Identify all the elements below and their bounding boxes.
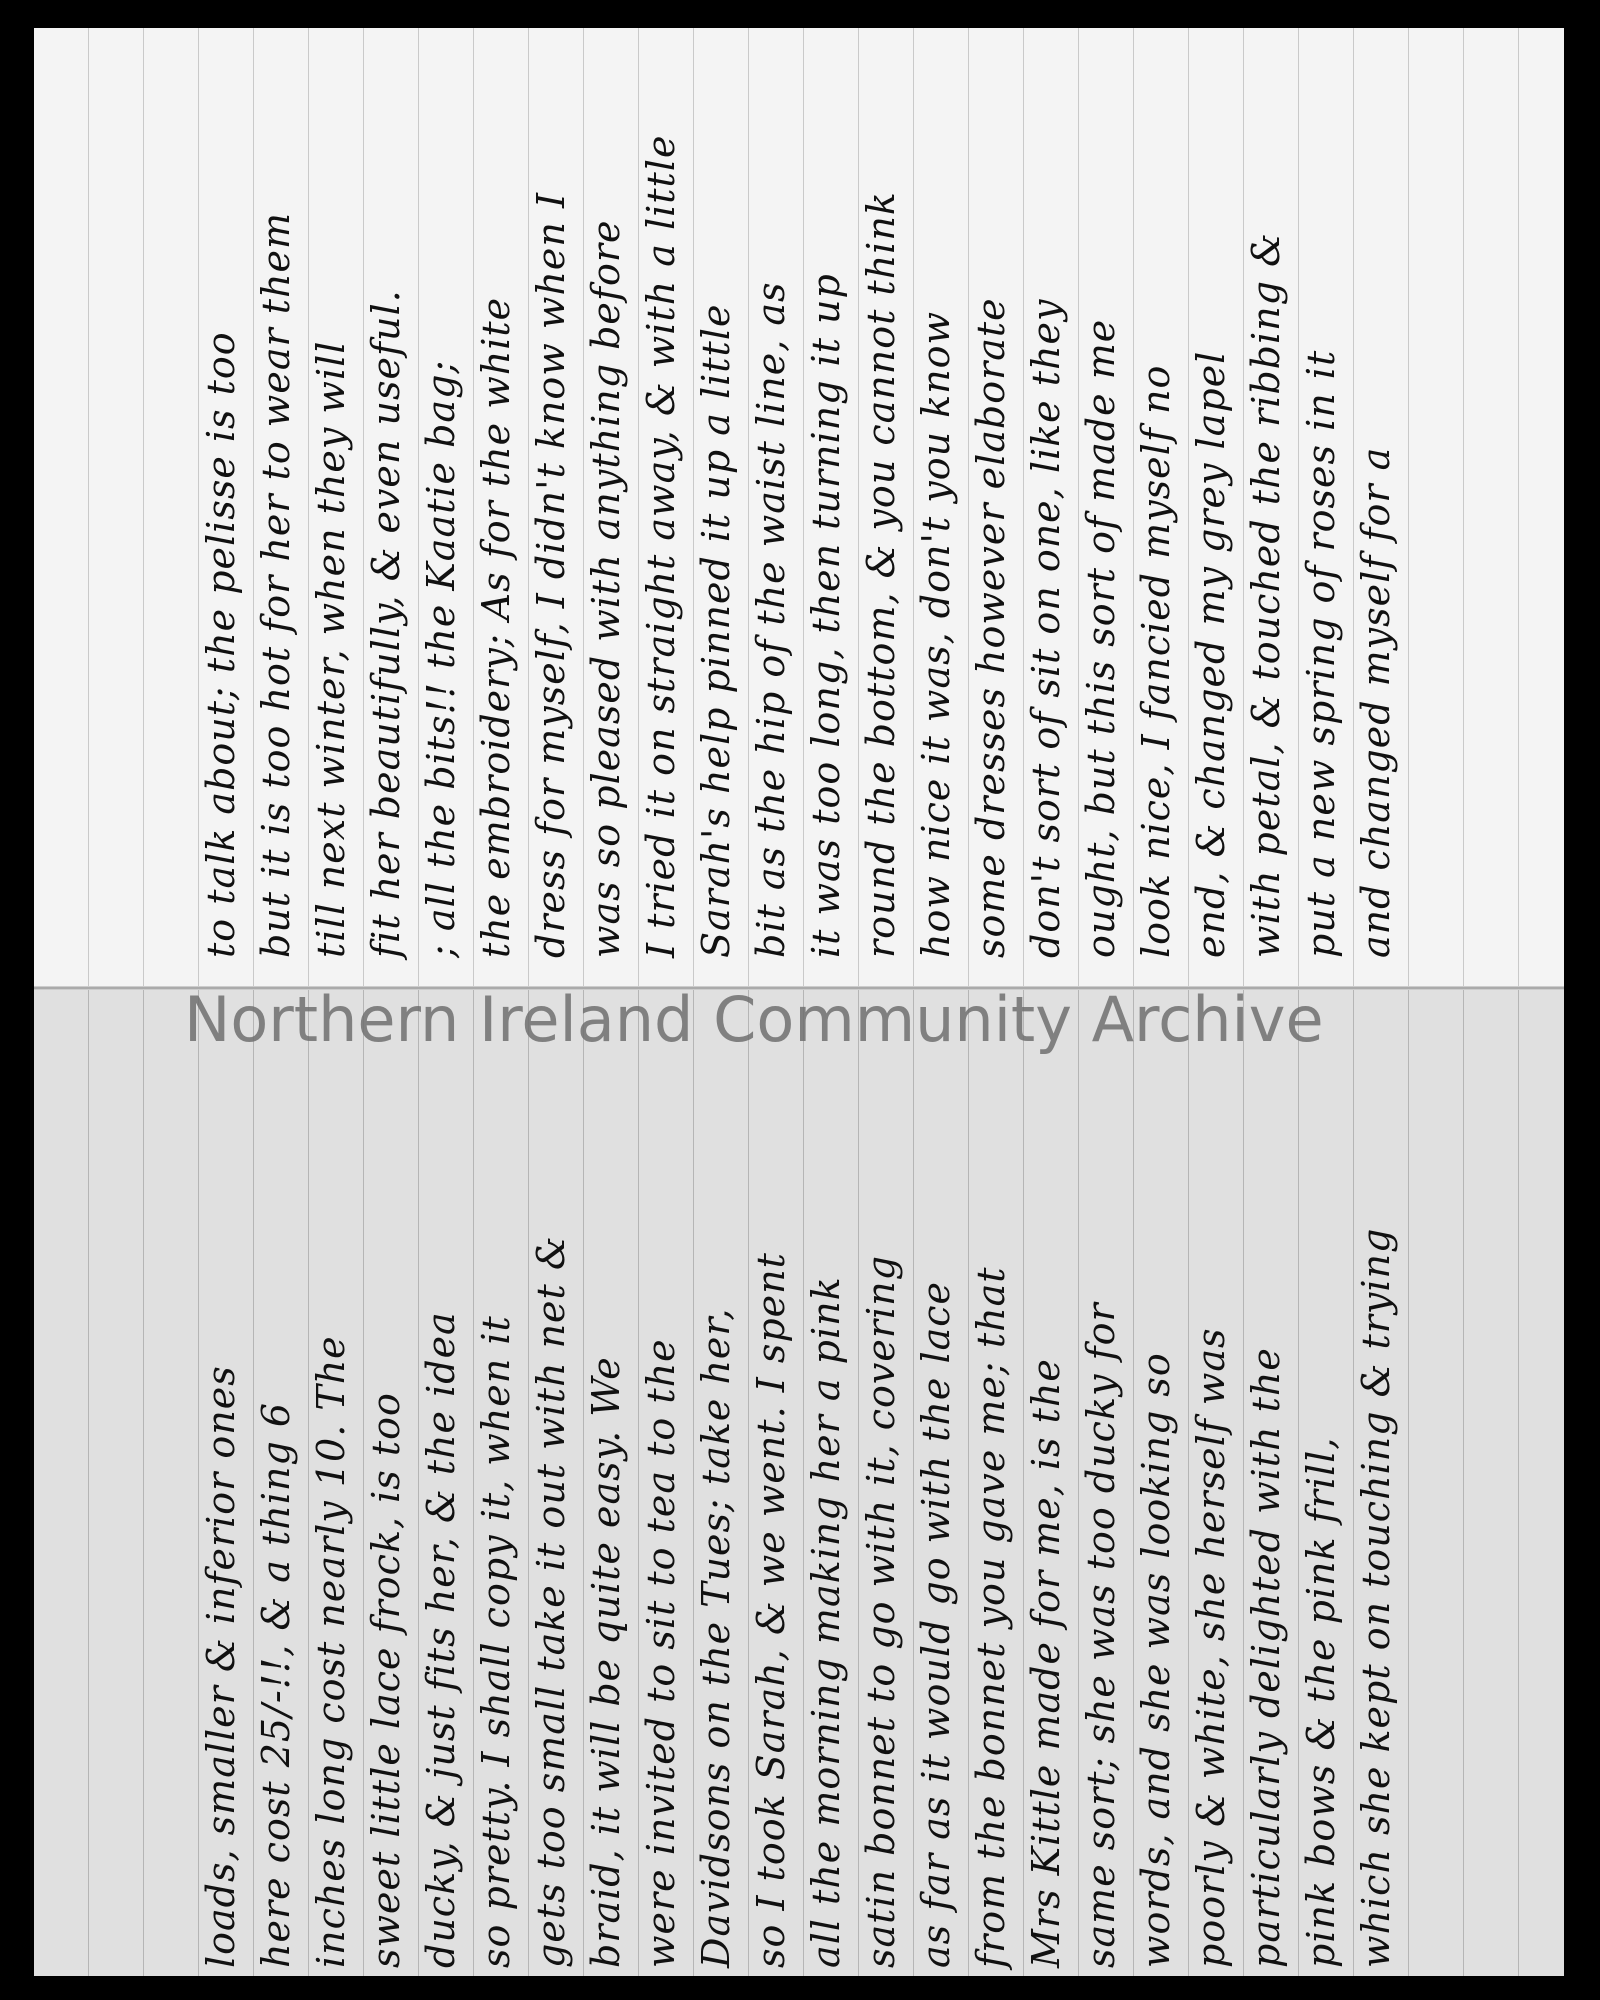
handwritten-line: Mrs Kittle made for me, is the [1019, 1028, 1074, 1968]
handwritten-line: loads, smaller & inferior ones [194, 1028, 249, 1968]
handwritten-line: all the morning making her a pink [799, 1028, 854, 1968]
lower-half-handwriting: loads, smaller & inferior oneshere cost … [194, 1028, 1600, 1968]
handwritten-line: sweet little lace frock, is too [359, 1028, 414, 1968]
watermark: Northern Ireland Community Archive [184, 983, 1484, 1056]
handwritten-line: Sarah's help pinned it up a little [689, 58, 744, 958]
handwritten-line: Davidsons on the Tues; take her, [689, 1028, 744, 1968]
handwritten-line: bit as the hip of the waist line, as [744, 58, 799, 958]
handwritten-line: put a new spring of roses in it [1294, 58, 1349, 958]
upper-half-handwriting: to talk about; the pelisse is toobut it … [194, 58, 1600, 958]
handwritten-line: some dresses however elaborate [964, 58, 1019, 958]
handwritten-line: how nice it was, don't you know [909, 58, 964, 958]
handwritten-line: braid, it will be quite easy. We [579, 1028, 634, 1968]
handwritten-line: till next winter, when they will [304, 58, 359, 958]
handwritten-line: to talk about; the pelisse is too [194, 58, 249, 958]
handwritten-line: fit her beautifully, & even useful. [359, 58, 414, 958]
handwritten-line: ducky, & just fits her, & the idea [414, 1028, 469, 1968]
handwritten-line: but it is too hot for her to wear them [249, 58, 304, 958]
handwritten-line: it was too long, then turning it up [799, 58, 854, 958]
handwritten-line: same sort; she was too ducky for [1074, 1028, 1129, 1968]
letter-page: to talk about; the pelisse is toobut it … [34, 28, 1564, 1976]
handwritten-line: ; all the bits!! the Kaatie bag; [414, 58, 469, 958]
handwritten-line: here cost 25/-!!, & a thing 6 [249, 1028, 304, 1968]
handwritten-line: inches long cost nearly 10. The [304, 1028, 359, 1968]
handwritten-line: particularly delighted with the [1239, 1028, 1294, 1968]
handwritten-line: the embroidery; As for the white [469, 58, 524, 958]
handwritten-line: were invited to sit to tea to the [634, 1028, 689, 1968]
handwritten-line: satin bonnet to go with it, covering [854, 1028, 909, 1968]
handwritten-line: as far as it would go with the lace [909, 1028, 964, 1968]
handwritten-line: don't sort of sit on one, like they [1019, 58, 1074, 958]
handwritten-line: words, and she was looking so [1129, 1028, 1184, 1968]
handwritten-line: so I took Sarah, & we went. I spent [744, 1028, 799, 1968]
handwritten-line: round the bottom, & you cannot think [854, 58, 909, 958]
handwritten-line: poorly & white, she herself was [1184, 1028, 1239, 1968]
handwritten-line: dress for myself, I didn't know when I [524, 58, 579, 958]
handwritten-line: and changed myself for a [1349, 58, 1404, 958]
handwritten-line: end, & changed my grey lapel [1184, 58, 1239, 958]
handwritten-line: gets too small take it out with net & [524, 1028, 579, 1968]
handwritten-line: ought, but this sort of made me [1074, 58, 1129, 958]
handwritten-line: I tried it on straight away, & with a li… [634, 58, 689, 958]
handwritten-line: pink bows & the pink frill, [1294, 1028, 1349, 1968]
handwritten-line: look nice, I fancied myself no [1129, 58, 1184, 958]
handwritten-line: from the bonnet you gave me; that [964, 1028, 1019, 1968]
handwritten-line: was so pleased with anything before [579, 58, 634, 958]
handwritten-line: with petal, & touched the ribbing & [1239, 58, 1294, 958]
handwritten-line: which she kept on touching & trying [1349, 1028, 1404, 1968]
handwritten-line: so pretty. I shall copy it, when it [469, 1028, 524, 1968]
